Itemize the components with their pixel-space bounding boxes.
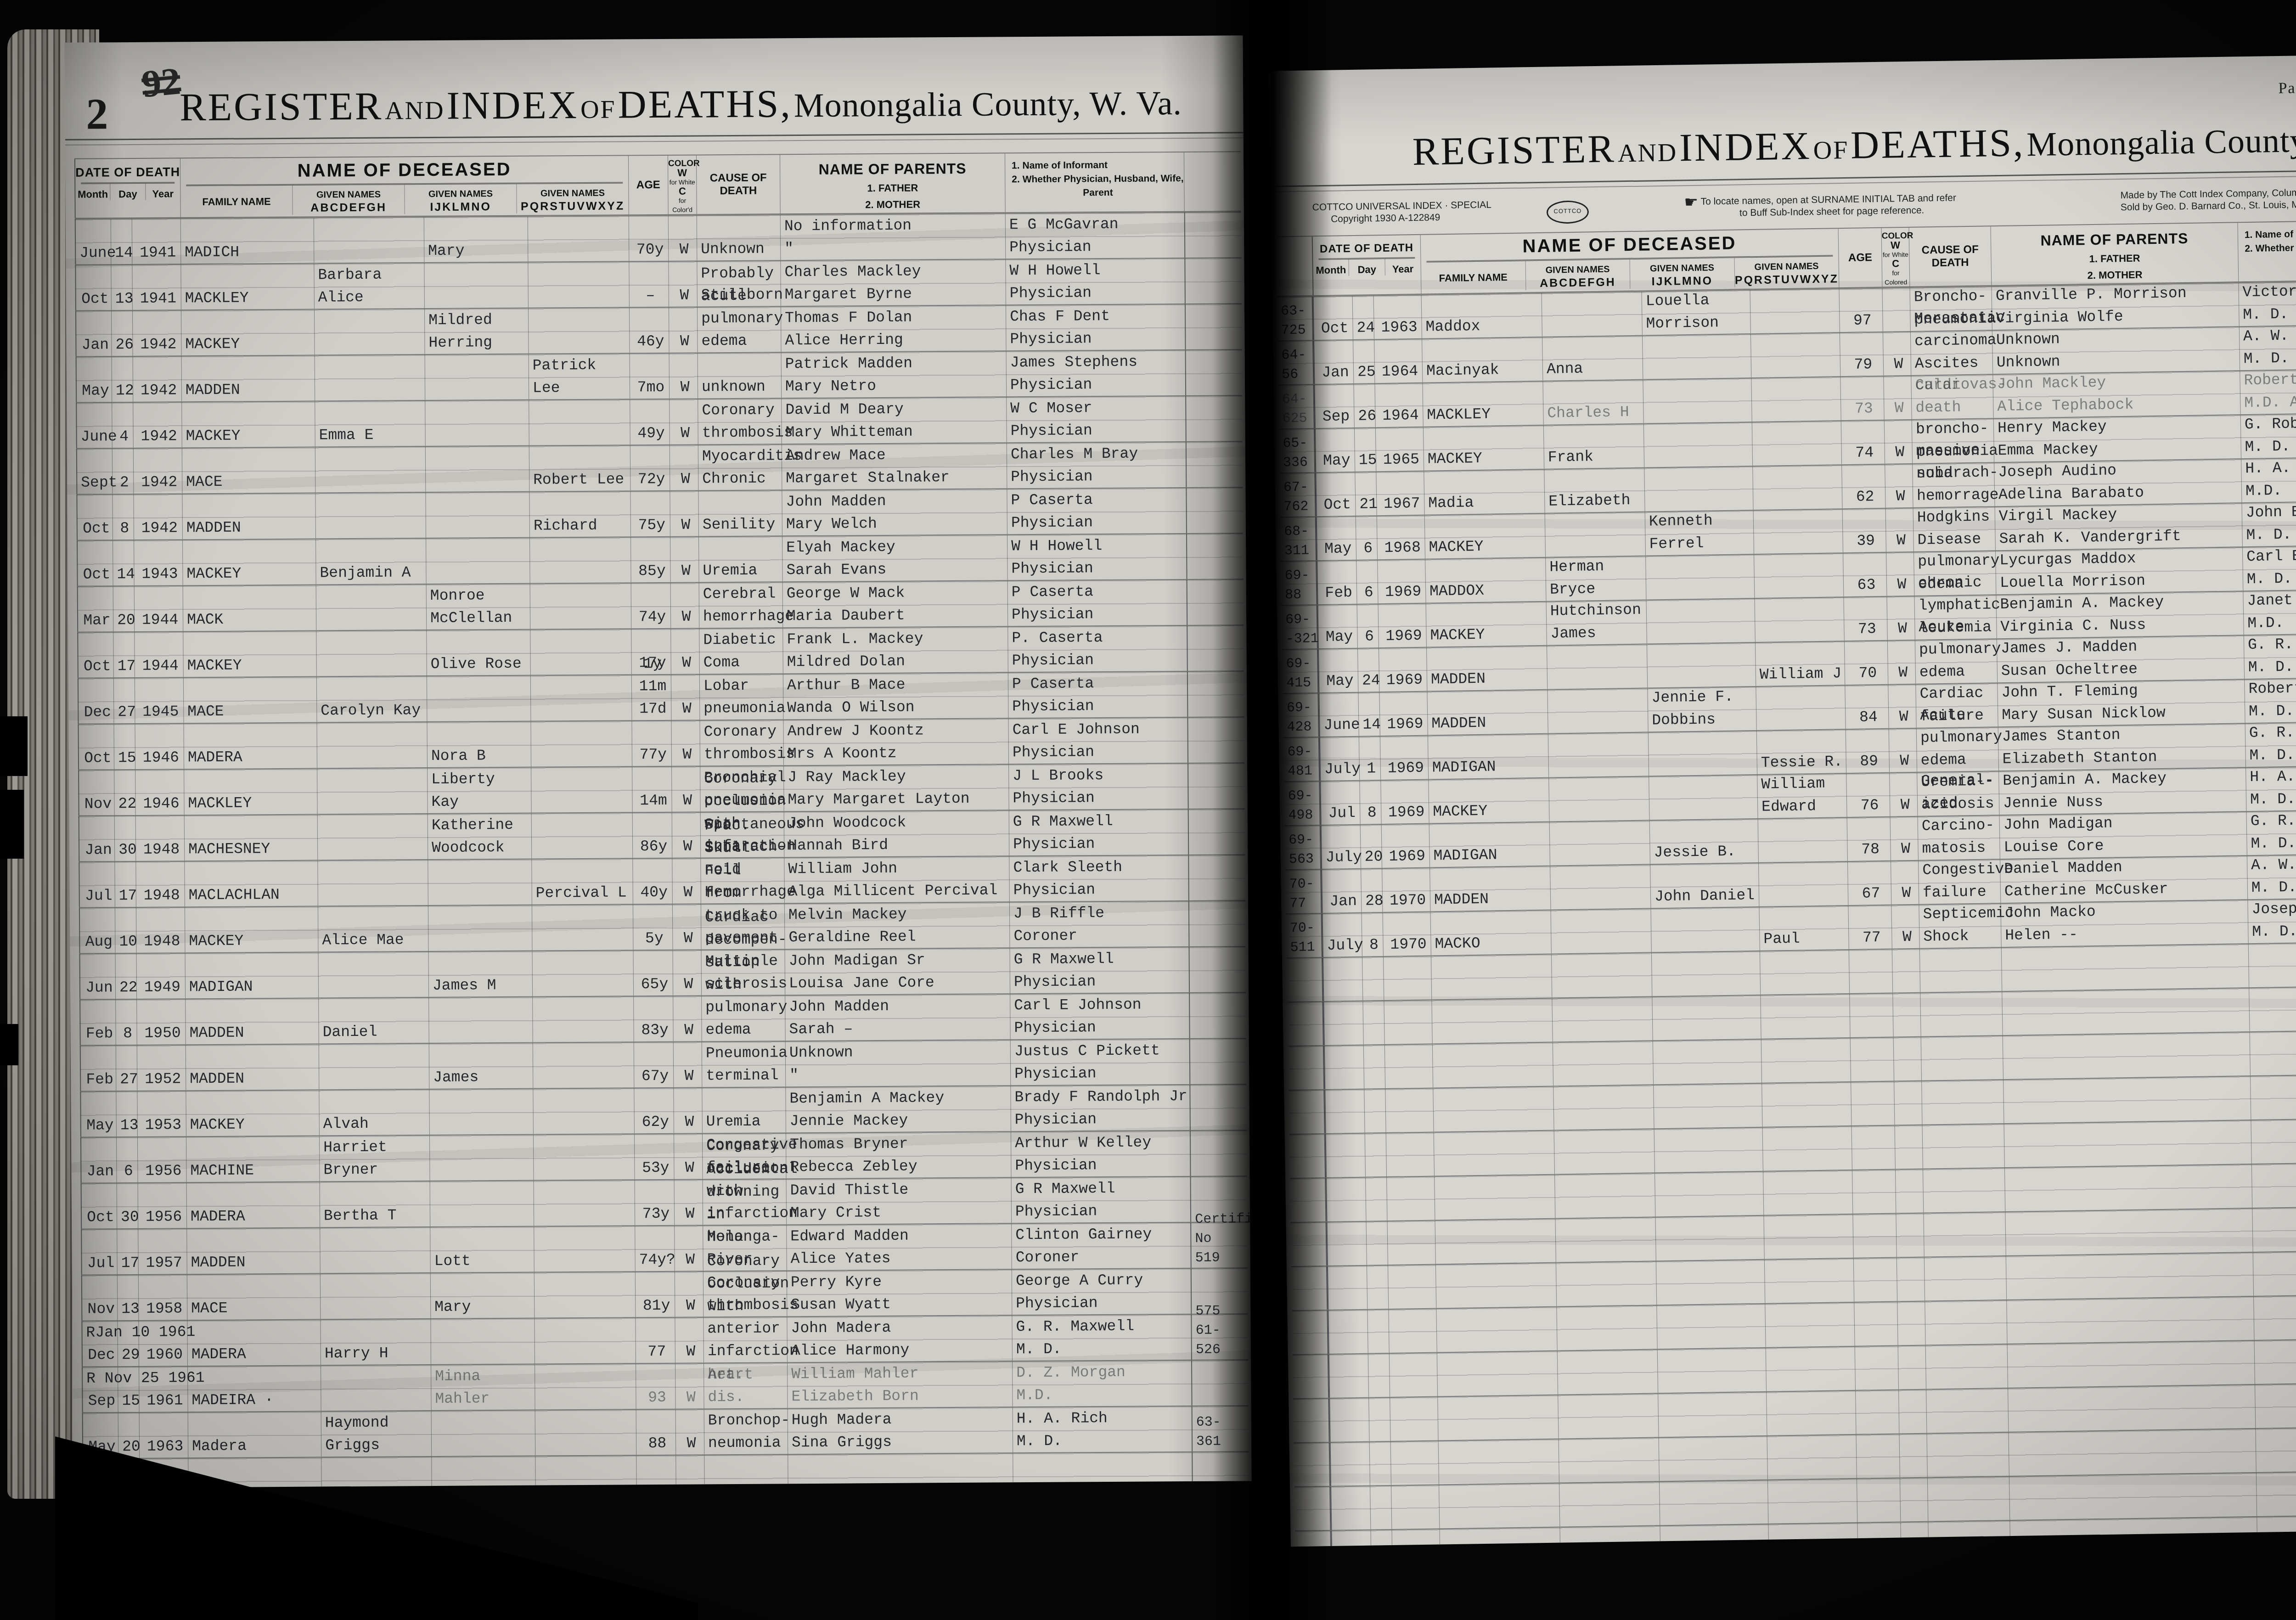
death-month-text: Jan bbox=[83, 838, 113, 861]
death-month: Oct bbox=[75, 265, 111, 310]
family-name-text: MACKEY bbox=[1429, 534, 1544, 559]
header-day: Day bbox=[110, 184, 146, 200]
color-code bbox=[1896, 1214, 1924, 1257]
given-name-i-o: Jennie F. Dobbins bbox=[1647, 687, 1756, 731]
color-code-text: W bbox=[673, 330, 696, 352]
parents-text: Virgil Mackey bbox=[1999, 501, 2241, 528]
color-code: W bbox=[1889, 773, 1917, 816]
death-month-text: May bbox=[80, 379, 111, 402]
informant-text: Physician bbox=[1011, 511, 1185, 534]
cause-of-death: Pneumoniaterminal bbox=[702, 1041, 786, 1087]
ledger-row: Oct151946MADERANora B77yWCoronarythrombo… bbox=[78, 717, 1244, 771]
given-name-a-h-text: Charles H bbox=[1547, 401, 1643, 425]
death-day bbox=[1362, 1001, 1384, 1045]
death-year: 1969 bbox=[1378, 604, 1426, 648]
informant-text: G. Robert Nugent bbox=[2245, 411, 2296, 436]
given-name-a-h bbox=[321, 1365, 431, 1411]
death-day-text: 4 bbox=[116, 425, 132, 448]
color-code: W bbox=[669, 307, 698, 352]
death-year bbox=[1387, 1221, 1435, 1265]
family-name: MADEIRA · bbox=[187, 1366, 321, 1412]
death-day: 6 bbox=[1357, 604, 1379, 648]
family-name-text: MADIGAN bbox=[1432, 755, 1548, 779]
cause-of-death: HodgkinsDisease bbox=[1913, 507, 1995, 551]
given-name-a-h bbox=[1547, 645, 1647, 689]
given-name-p-z bbox=[1752, 465, 1842, 510]
death-year: 1944 bbox=[134, 632, 183, 677]
parents-text: Benjamin A. Mackey bbox=[2003, 766, 2245, 792]
informant-text: Physician bbox=[1015, 1199, 1189, 1223]
death-month-text: Jun bbox=[84, 976, 114, 999]
parents-text: Alice Herring bbox=[785, 328, 1005, 352]
informant: P. CasertaPhysician bbox=[1007, 626, 1187, 672]
given-name-a-h bbox=[1559, 1438, 1659, 1482]
death-day-text: 6 bbox=[1361, 581, 1377, 604]
header-color: COLOR W for White C for Color'd bbox=[668, 155, 697, 214]
informant-text: A. W. Kelly bbox=[2243, 322, 2296, 348]
informant-text: J L Brooks bbox=[1013, 764, 1187, 787]
death-day-text: 15 bbox=[1359, 449, 1375, 472]
given-name-i-o-text: Katherine Woodcock bbox=[432, 814, 531, 859]
cause-of-death-text: Shock bbox=[1923, 924, 2000, 948]
death-month: Mar bbox=[77, 586, 113, 631]
given-name-i-o: Lott bbox=[430, 1227, 534, 1272]
age-text: 83y bbox=[637, 1019, 672, 1041]
given-name-i-o bbox=[425, 446, 529, 492]
given-name-a-h bbox=[1559, 1526, 1660, 1547]
color-code bbox=[1892, 993, 1920, 1037]
family-name bbox=[1435, 1263, 1556, 1308]
given-name-p-z bbox=[530, 721, 632, 766]
given-name-a-h: Charles H bbox=[1542, 380, 1643, 425]
age-text: 88 bbox=[640, 1432, 675, 1455]
cause-of-death-text: thrombosis bbox=[702, 421, 780, 444]
family-name-text: MACHINE bbox=[190, 1159, 318, 1182]
death-day-text: 15 bbox=[122, 1389, 138, 1412]
given-name-a-h bbox=[314, 217, 424, 263]
given-name-i-o: Liberty Kay bbox=[427, 768, 531, 813]
given-name-p-z: Patrick Lee bbox=[529, 354, 630, 399]
informant-text: Arthur W Kelley bbox=[1015, 1131, 1189, 1154]
parents: Elyah MackeySarah Evans bbox=[782, 535, 1007, 581]
death-year bbox=[1388, 1309, 1436, 1353]
cause-of-death-text: Septicemic bbox=[1923, 902, 2000, 925]
death-year bbox=[1386, 1177, 1435, 1221]
age: 73 bbox=[1843, 597, 1887, 641]
parents: Daniel MaddenCatherine McCusker bbox=[2000, 856, 2247, 903]
given-name-a-h-text: Bertha T bbox=[324, 1204, 429, 1227]
death-day bbox=[1370, 1486, 1391, 1530]
parents-text: Andrew Mace bbox=[786, 443, 1006, 467]
given-name-a-h bbox=[321, 1457, 432, 1488]
informant-text: M. D. bbox=[1017, 1429, 1191, 1452]
color-code: W bbox=[673, 996, 702, 1041]
age bbox=[1850, 1038, 1894, 1081]
death-year-text: 1963 bbox=[1378, 316, 1421, 339]
age-text: 89 bbox=[1850, 750, 1888, 773]
given-name-a-h bbox=[316, 722, 427, 768]
given-name-a-h bbox=[314, 309, 425, 354]
death-year: 1969 bbox=[1377, 560, 1425, 604]
age-text: 77 bbox=[640, 1340, 674, 1363]
given-name-a-h bbox=[1558, 1394, 1658, 1438]
informant-text: Physician bbox=[1013, 832, 1187, 855]
informant: P CasertaPhysician bbox=[1007, 488, 1186, 534]
ledger-row: June41942MACKEYEmma E49yWCoronarythrombo… bbox=[76, 396, 1243, 449]
age bbox=[1849, 950, 1892, 993]
color-code bbox=[1895, 1170, 1923, 1213]
parents-text: Mary Welch bbox=[786, 512, 1006, 535]
header-given-3: GIVEN NAMES PQRSTUVWXYZ bbox=[1734, 256, 1839, 287]
cause-of-death bbox=[1925, 1344, 2008, 1389]
informant-text: H. A. Rich bbox=[2250, 763, 2296, 789]
header-given-3: GIVEN NAMES PQRSTUVWXYZ bbox=[516, 183, 628, 213]
death-day: 20 bbox=[118, 1413, 140, 1458]
death-month bbox=[1328, 1354, 1368, 1398]
parents-text: James Stanton bbox=[2002, 722, 2245, 748]
informant: W H HowellPhysician bbox=[1005, 259, 1185, 304]
parents: J Ray MackleyMary Margaret Layton bbox=[783, 765, 1009, 811]
family-name bbox=[1437, 1395, 1558, 1440]
informant: Charles M BrayPhysician bbox=[1007, 442, 1186, 488]
age-text: 86y bbox=[636, 835, 671, 858]
death-year-text: 1950 bbox=[141, 1022, 184, 1045]
color-code-text: W bbox=[678, 1110, 701, 1133]
color-code-text: W bbox=[677, 1018, 700, 1041]
death-day: 30 bbox=[117, 1183, 138, 1228]
death-day: 20 bbox=[1360, 825, 1382, 868]
header-age: AGE bbox=[1838, 228, 1882, 287]
given-name-i-o bbox=[425, 492, 529, 538]
given-name-p-z bbox=[529, 537, 631, 583]
family-name-text: MACKEY bbox=[186, 424, 314, 448]
given-name-p-z bbox=[530, 629, 631, 675]
given-name-i-o bbox=[1644, 467, 1753, 511]
family-name-text: Madia bbox=[1428, 490, 1544, 515]
family-name-text: MADDEN bbox=[186, 516, 315, 540]
family-name bbox=[1433, 1087, 1553, 1132]
header-name-of-parents: NAME OF PARENTS 1. FATHER 2. MOTHER bbox=[780, 153, 1005, 214]
age bbox=[1857, 1523, 1901, 1547]
color-code-text: W bbox=[675, 651, 698, 674]
given-name-a-h bbox=[320, 1273, 431, 1319]
death-month-text: May bbox=[85, 1114, 115, 1136]
given-name-a-h bbox=[315, 447, 426, 492]
death-month: Sept bbox=[76, 449, 113, 494]
informant-text: Physician bbox=[1010, 327, 1184, 350]
parents: Patrick MaddenMary Netro bbox=[781, 351, 1007, 398]
ledger-row: Jul171957MADDENLott74y?WAccidental drown… bbox=[81, 1222, 1248, 1276]
given-name-i-o bbox=[431, 1457, 535, 1488]
death-month: Dec bbox=[78, 678, 114, 723]
death-month: Jan bbox=[80, 1137, 117, 1182]
death-year-text: 1969 bbox=[1384, 757, 1428, 780]
color-code: W bbox=[668, 261, 697, 306]
given-name-i-o-text: James M bbox=[433, 974, 531, 997]
age: 89 bbox=[1846, 729, 1889, 773]
death-month: May bbox=[80, 1091, 116, 1136]
death-day-text: 13 bbox=[121, 1298, 137, 1320]
death-day: 2 bbox=[112, 449, 134, 494]
death-month: Oct bbox=[76, 495, 113, 540]
age-text: 73y bbox=[639, 1203, 673, 1225]
death-day: 13 bbox=[117, 1275, 139, 1320]
age: 72y bbox=[630, 445, 670, 491]
cause-of-death-text: Coronary occlusion with anterior bbox=[707, 1249, 786, 1340]
right-table-body: 63-725Oct241963MaddoxLouella Morrison97B… bbox=[1277, 280, 2296, 1547]
given-name-i-o bbox=[429, 1089, 533, 1135]
family-name: MACLACHLAN bbox=[184, 861, 318, 907]
color-code: W bbox=[674, 1134, 703, 1179]
given-name-i-o bbox=[1643, 422, 1752, 467]
color-code-text: W bbox=[1889, 485, 1912, 508]
given-name-a-h: Elizabeth bbox=[1544, 468, 1644, 513]
header-given-label: GIVEN NAMES bbox=[1630, 263, 1734, 275]
death-year-text: 1942 bbox=[137, 425, 181, 448]
parents-text: Frank L. Mackey bbox=[787, 627, 1007, 651]
given-name-a-h-text: Haymond Griggs bbox=[325, 1411, 431, 1457]
given-name-a-h-text: Anna bbox=[1547, 357, 1642, 381]
age bbox=[1856, 1434, 1900, 1478]
informant bbox=[2256, 1470, 2296, 1516]
parents bbox=[2003, 1032, 2250, 1079]
header-label: NAME OF DECEASED bbox=[1421, 229, 1839, 258]
parents bbox=[2008, 1385, 2255, 1432]
informant-text: John B. Harley bbox=[2245, 499, 2296, 524]
family-name: MACHINE bbox=[186, 1136, 320, 1182]
death-year: 1948 bbox=[135, 861, 185, 907]
family-name-text: MADERA bbox=[191, 1205, 319, 1228]
age-text: 62 bbox=[1846, 485, 1885, 508]
cause-of-death-text: unknown bbox=[702, 375, 780, 398]
death-day-text: 6 bbox=[1361, 625, 1378, 648]
death-month: Oct bbox=[78, 724, 114, 769]
header-informant-2: 2. Whether Physician, Husband, Wife, bbox=[1012, 172, 1184, 186]
given-name-p-z-text: Tessie R. bbox=[1761, 750, 1845, 774]
family-name: Madia bbox=[1424, 470, 1544, 515]
cause-of-death: Cardiovas-cular death bbox=[1911, 375, 1993, 419]
given-name-a-h bbox=[1548, 777, 1649, 821]
parents: John MackoHelen -- bbox=[2000, 900, 2248, 947]
given-name-p-z bbox=[1766, 1391, 1856, 1435]
death-year-text: 1944 bbox=[139, 654, 182, 677]
given-name-i-o bbox=[1651, 951, 1760, 996]
family-name-text: MACKEY bbox=[185, 332, 313, 356]
cause-of-death-text: Unknown bbox=[701, 237, 779, 260]
age bbox=[1855, 1346, 1898, 1390]
cause-of-death bbox=[1920, 992, 2002, 1036]
family-name: MACKEY bbox=[181, 310, 315, 356]
death-month: R Nov 25 1961Sep bbox=[82, 1367, 118, 1412]
informant-text: Physician bbox=[1015, 1153, 1189, 1177]
family-name: MACKLEY bbox=[1422, 382, 1543, 427]
color-code: W bbox=[670, 583, 699, 628]
death-day: 24 bbox=[1352, 296, 1374, 339]
given-name-i-o bbox=[1656, 1260, 1765, 1305]
given-name-i-o bbox=[1648, 731, 1757, 776]
informant bbox=[2251, 1161, 2296, 1208]
cause-of-death-text: broncho- bbox=[1916, 417, 1993, 440]
given-name-p-z bbox=[529, 399, 630, 445]
death-day: 8 bbox=[115, 1000, 137, 1045]
given-name-a-h bbox=[1553, 1085, 1654, 1130]
given-name-i-o-text: James bbox=[433, 1066, 532, 1089]
family-name-text: MADDOX bbox=[1429, 579, 1545, 603]
death-day-text: 26 bbox=[115, 333, 131, 356]
cause-of-death: Uremia bbox=[698, 536, 782, 582]
death-year: 1953 bbox=[137, 1091, 186, 1136]
parents-text: No information bbox=[784, 214, 1004, 237]
parents-text: Elyah Mackey bbox=[786, 535, 1006, 559]
death-day: 30 bbox=[114, 816, 136, 861]
given-name-p-z: Tessie R. bbox=[1756, 730, 1846, 774]
header-c: C bbox=[668, 186, 696, 196]
informant: Chas F DentPhysician bbox=[1006, 304, 1185, 350]
age: 77 bbox=[1848, 906, 1891, 949]
family-name: MADIGAN bbox=[185, 953, 319, 999]
cause-of-death: MyocarditisChronic bbox=[698, 444, 782, 490]
informant-text: G. R. Maxwell bbox=[2250, 807, 2296, 833]
left-ledger-page: 92 2 REGISTER AND INDEX OF DEATHS, Monon… bbox=[64, 35, 1251, 1488]
informant-text: James Stephens bbox=[1010, 350, 1184, 374]
parents: David ThistleMary Crist bbox=[786, 1178, 1012, 1224]
given-name-p-z-text: Paul bbox=[1763, 927, 1848, 951]
informant-text: Carl E. Johnson bbox=[2246, 543, 2296, 568]
cause-of-death-text: Congestive bbox=[1922, 858, 1999, 881]
family-name: MADIGAN bbox=[1428, 734, 1548, 779]
age-text: 62y bbox=[638, 1111, 673, 1133]
given-name-i-o: Mary bbox=[424, 217, 528, 262]
parents-text: John Mackley bbox=[1997, 369, 2239, 395]
color-code: W bbox=[1891, 861, 1919, 905]
color-code: W bbox=[1885, 464, 1913, 508]
death-year: 1963 bbox=[139, 1412, 188, 1458]
age: 14m bbox=[632, 767, 672, 812]
cause-of-death-text: Acute pulmonary bbox=[1920, 703, 1997, 749]
given-name-p-z bbox=[1756, 686, 1845, 730]
age-text: 84 bbox=[1849, 706, 1888, 729]
death-year: 1948 bbox=[136, 907, 185, 953]
title-word: REGISTER bbox=[1412, 126, 1616, 174]
family-name: MACKEY bbox=[1428, 778, 1549, 823]
given-name-a-h: Anna bbox=[1542, 336, 1643, 381]
death-day-text: 22 bbox=[118, 793, 134, 815]
death-month: June bbox=[75, 219, 111, 264]
death-day: 4 bbox=[112, 403, 133, 448]
given-name-a-h: Daniel bbox=[318, 998, 429, 1043]
ledger-row: Nov131958MACEMary81yWCoronarythrombosisP… bbox=[81, 1268, 1248, 1322]
parents-text: Daniel Madden bbox=[2004, 854, 2246, 880]
given-name-i-o bbox=[1660, 1524, 1768, 1547]
family-name-text: MADDEN bbox=[186, 378, 314, 402]
death-day: 15 bbox=[113, 724, 135, 769]
family-name: MADDEN bbox=[181, 356, 315, 402]
color-code-text: W bbox=[676, 881, 700, 903]
age bbox=[1852, 1214, 1896, 1258]
cause-of-death-text: pneumonia bbox=[703, 697, 782, 720]
color-code: W bbox=[672, 858, 701, 903]
title-word: INDEX bbox=[1679, 124, 1812, 169]
title-word: AND bbox=[385, 96, 445, 125]
parents: Edward MaddenAlice Yates bbox=[786, 1224, 1012, 1270]
color-code bbox=[1894, 1081, 1922, 1125]
given-name-p-z-text: Patrick Lee bbox=[533, 354, 629, 399]
header-given-label: GIVEN NAMES bbox=[517, 188, 628, 199]
parents: John MadiganLouise Core bbox=[1999, 812, 2247, 859]
death-month-text: Oct bbox=[81, 563, 112, 585]
death-month-text: Jul bbox=[85, 1252, 116, 1274]
given-name-p-z bbox=[532, 951, 634, 996]
informant-text: Physician bbox=[1014, 970, 1188, 993]
given-name-a-h-text: Frank bbox=[1548, 445, 1643, 469]
cause-of-death: Acute pulmonaryedema bbox=[1916, 727, 1998, 772]
cause-of-death-text: failure bbox=[1923, 880, 2000, 904]
informant: Carl E. JohnsonM. D. bbox=[2242, 545, 2296, 591]
cause-of-death-text: Cardiac bbox=[1919, 681, 1997, 705]
cause-of-death-text: pulmonary bbox=[1918, 549, 1995, 573]
parents: Andrew J KoontzMrs A Koontz bbox=[783, 719, 1008, 765]
informant: D. Z. MorganM.D. bbox=[1012, 1361, 1192, 1406]
header-given-range: PQRSTUVWXYZ bbox=[1734, 272, 1839, 287]
given-name-p-z bbox=[533, 1042, 634, 1088]
header-given-2: GIVEN NAMES IJKLMNO bbox=[1629, 258, 1734, 289]
death-day-text: 8 bbox=[117, 517, 133, 540]
death-year: 1969 bbox=[1380, 780, 1429, 824]
age: 65y bbox=[633, 951, 673, 996]
family-name-text: MACE bbox=[191, 1297, 319, 1320]
given-name-a-h bbox=[1542, 292, 1642, 337]
cause-of-death: Probably acute pulmonaryedema bbox=[697, 307, 781, 352]
parents: George W MackMaria Daubert bbox=[782, 581, 1008, 627]
family-name: MACKEY bbox=[1423, 426, 1544, 471]
informant bbox=[2252, 1205, 2296, 1252]
given-name-a-h bbox=[1551, 953, 1652, 997]
color-code-text: W bbox=[676, 835, 699, 857]
given-name-p-z bbox=[534, 1180, 635, 1226]
ledger-row: Oct301956MADERABertha T73yWCoronary occl… bbox=[81, 1176, 1248, 1230]
parents-text: Thomas Bryner bbox=[790, 1132, 1010, 1156]
header-cause-of-death: CAUSE OF DEATH bbox=[696, 155, 780, 214]
death-year bbox=[1391, 1485, 1439, 1529]
color-code: W bbox=[1888, 685, 1916, 728]
death-day: 21 bbox=[1355, 472, 1376, 516]
cause-of-death-text: General- ized Carcino- bbox=[1921, 769, 1998, 837]
color-code: W bbox=[1885, 508, 1913, 552]
informant: G R MaxwellPhysician bbox=[1009, 810, 1188, 855]
given-name-p-z bbox=[1760, 950, 1849, 995]
given-name-p-z bbox=[534, 1272, 636, 1317]
given-name-a-h bbox=[317, 768, 428, 814]
given-name-i-o: James M bbox=[428, 951, 533, 997]
given-name-a-h: Benjamin A bbox=[315, 539, 426, 584]
informant bbox=[2249, 985, 2296, 1031]
death-year bbox=[1390, 1397, 1438, 1441]
informant-text: Clinton Gairney bbox=[1015, 1223, 1189, 1246]
family-name-text: MADICH bbox=[185, 241, 313, 264]
color-code-text: W bbox=[673, 284, 696, 306]
header-color: COLOR W for White C for Colored bbox=[1881, 228, 1910, 287]
given-name-a-h: Emma E bbox=[315, 401, 425, 446]
cause-of-death-text: Chronic bbox=[702, 467, 781, 490]
death-year-text: 1961 bbox=[143, 1389, 186, 1412]
parents-text: John Madden bbox=[789, 994, 1009, 1018]
family-name-text: MADDEN bbox=[190, 1067, 318, 1091]
informant-text: Charles M Bray bbox=[1011, 442, 1185, 466]
color-code: W bbox=[670, 491, 698, 536]
informant-text: Victor E. Mazzocco bbox=[2242, 278, 2296, 304]
given-name-p-z bbox=[1752, 421, 1841, 466]
parents bbox=[2006, 1253, 2253, 1299]
